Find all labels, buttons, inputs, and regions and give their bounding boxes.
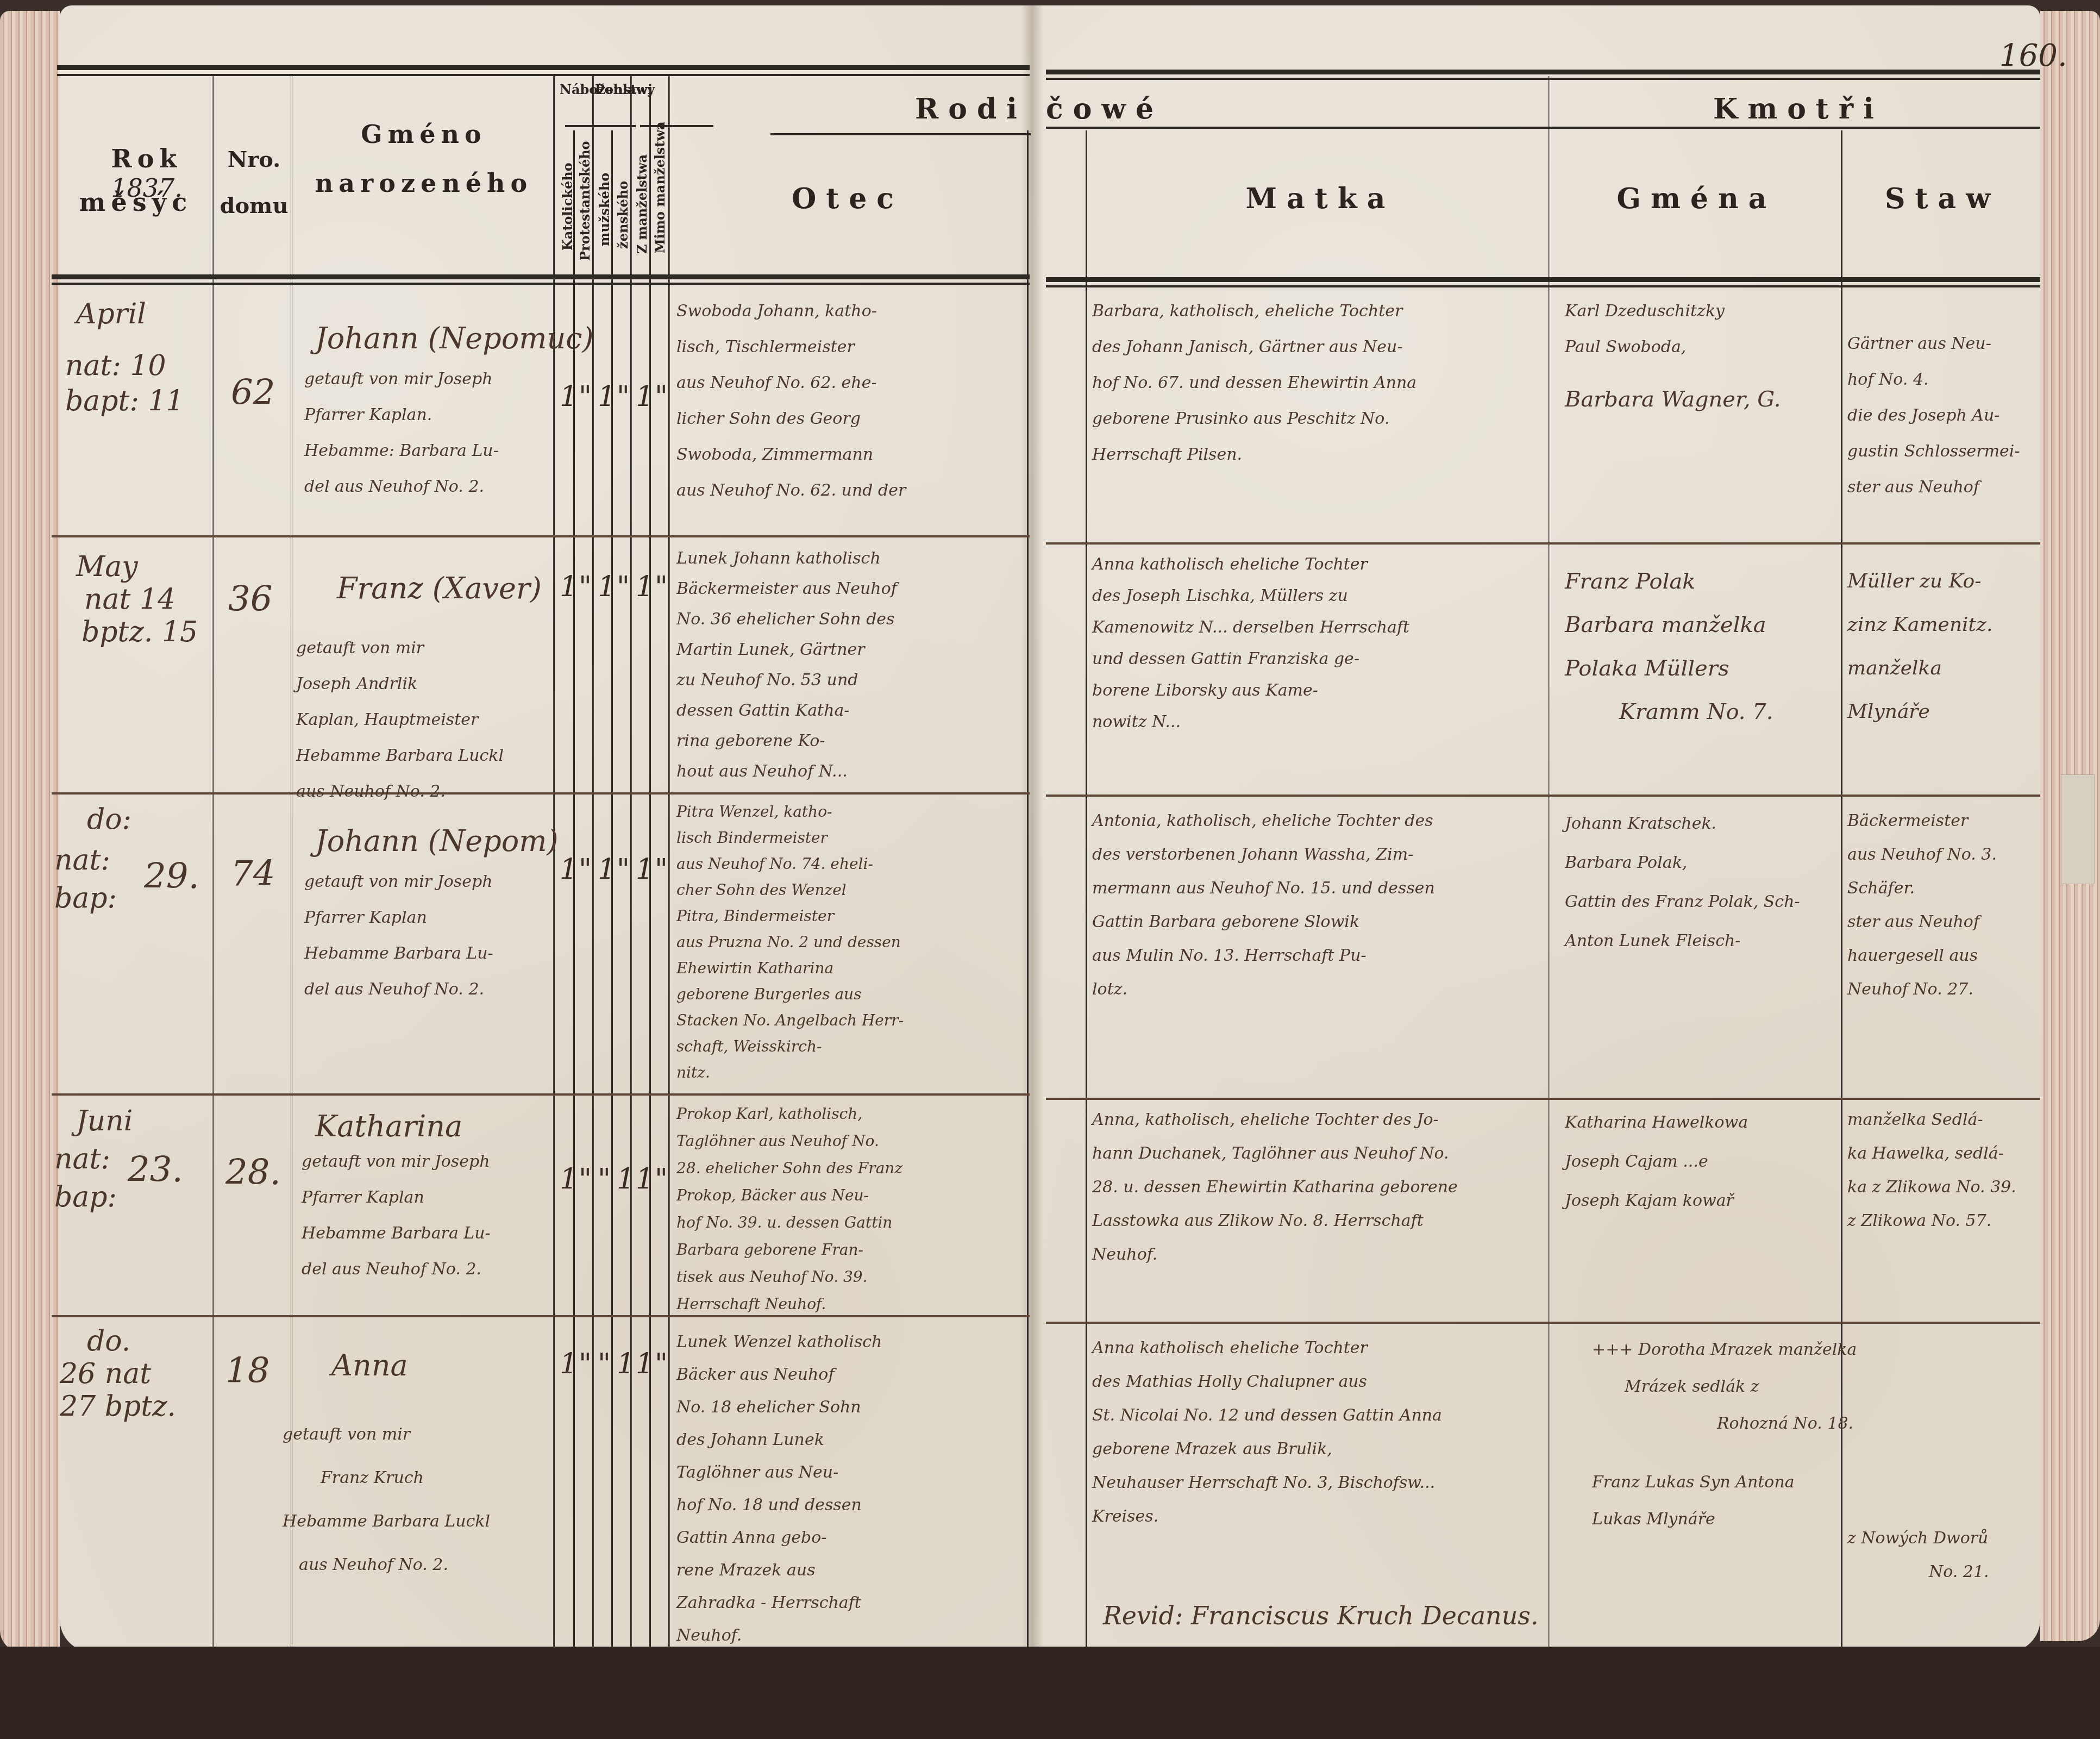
mark-illegitimate: " bbox=[655, 853, 668, 886]
status-line: manželka bbox=[1847, 647, 2038, 690]
godparent-line: +++ Dorotha Mrazek manželka bbox=[1592, 1331, 2038, 1368]
mother-line: Anna katholisch eheliche Tochter bbox=[1092, 549, 1543, 580]
father-line: hof No. 39. u. dessen Gattin bbox=[676, 1209, 1024, 1236]
entry-godparent-status: manželka Sedlá- ka Hawelka, sedlá- ka z … bbox=[1847, 1103, 2038, 1238]
status-line: ka z Zlikowa No. 39. bbox=[1847, 1171, 2038, 1204]
entry-date-line: nat: bbox=[54, 1141, 110, 1177]
mark-catholic: 1 bbox=[560, 571, 578, 603]
note-line: Hebamme: Barbara Lu- bbox=[304, 433, 549, 469]
mark-female: " bbox=[617, 853, 630, 886]
father-line: Bäckermeister aus Neuhof bbox=[676, 574, 1024, 604]
entry-separator bbox=[1046, 1322, 2040, 1324]
col-divider-religion bbox=[592, 76, 597, 1652]
note-line: getauft von mir Joseph bbox=[304, 361, 549, 397]
entry-house-number: 36 bbox=[228, 581, 272, 617]
father-line: lisch Bindermeister bbox=[676, 825, 1024, 851]
header-father: Otec bbox=[674, 182, 1021, 215]
header-godparent-status: Staw bbox=[1845, 182, 2040, 215]
table-surface bbox=[0, 1647, 2100, 1739]
status-line: hof No. 4. bbox=[1847, 362, 2038, 398]
status-line: Bäckermeister bbox=[1847, 804, 2038, 838]
col-divider-month bbox=[212, 76, 217, 1652]
father-line: aus Pruzna No. 2 und dessen bbox=[676, 929, 1024, 955]
mark-catholic: 1 bbox=[560, 1348, 578, 1380]
godparent-line: Franz Polak bbox=[1565, 560, 1836, 603]
mother-line: Kamenowitz N... derselben Herrschaft bbox=[1092, 612, 1543, 643]
entry-date-line: bapt: 11 bbox=[65, 383, 184, 419]
entry-month: do: bbox=[87, 802, 131, 837]
father-line: nitz. bbox=[676, 1060, 1024, 1086]
note-line: Kaplan, Hauptmeister bbox=[296, 702, 551, 738]
status-line: Schäfer. bbox=[1847, 872, 2038, 905]
godparent-line: Johann Kratschek. bbox=[1565, 804, 1836, 843]
entry-month: Juni bbox=[76, 1103, 133, 1139]
note-line: Pfarrer Kaplan. bbox=[304, 397, 549, 433]
father-line: zu Neuhof No. 53 und bbox=[676, 665, 1024, 696]
entry-father: Lunek Johann katholisch Bäckermeister au… bbox=[676, 543, 1024, 787]
header-godparents: Kmotři bbox=[1554, 92, 2043, 126]
mark-illegitimate: " bbox=[655, 571, 668, 603]
mark-illegitimate: " bbox=[655, 1163, 668, 1196]
mark-catholic: 1 bbox=[560, 853, 578, 886]
father-line: des Johann Lunek bbox=[676, 1424, 1024, 1456]
status-line: z Zlikowa No. 57. bbox=[1847, 1204, 2038, 1238]
entry-child-notes: getauft von mir Franz Kruch Hebamme Barb… bbox=[283, 1413, 554, 1587]
col-divider-sex bbox=[630, 76, 635, 1652]
godparent-line: Polaka Müllers bbox=[1565, 647, 1836, 690]
mark-protestant: " bbox=[579, 853, 592, 886]
father-line: 28. ehelicher Sohn des Franz bbox=[676, 1155, 1024, 1182]
entry-mother: Barbara, katholisch, eheliche Tochter de… bbox=[1092, 293, 1543, 473]
header-godparent-names: Gména bbox=[1554, 182, 1839, 215]
entry-child-name: Franz (Xaver) bbox=[337, 571, 542, 606]
header-bottom-rule bbox=[52, 274, 1030, 279]
godparent-line: Paul Swoboda, bbox=[1565, 329, 1836, 365]
header-name-1: Gméno bbox=[296, 120, 551, 149]
mark-illegitimate: " bbox=[655, 1348, 668, 1380]
status-line: ka Hawelka, sedlá- bbox=[1847, 1137, 2038, 1171]
header-house-1: Nro. bbox=[217, 147, 291, 172]
mother-line: nowitz N... bbox=[1092, 706, 1543, 738]
parents-subheader-rule-right bbox=[1046, 127, 2040, 129]
status-line: ster aus Neuhof bbox=[1847, 905, 2038, 939]
father-line: aus Neuhof No. 74. eheli- bbox=[676, 851, 1024, 877]
entry-house-number: 18 bbox=[225, 1353, 269, 1389]
mark-male: " bbox=[598, 1163, 611, 1196]
father-line: Taglöhner aus Neuhof No. bbox=[676, 1128, 1024, 1155]
note-line: getauft von mir bbox=[296, 630, 551, 666]
father-line: rene Mrazek aus bbox=[676, 1554, 1024, 1587]
godparent-line: Gattin des Franz Polak, Sch- bbox=[1565, 883, 1836, 922]
godparent-line: Katharina Hawelkowa bbox=[1565, 1103, 1836, 1142]
status-line: die des Joseph Au- bbox=[1847, 398, 2038, 434]
godparent-line: Barbara Wagner, G. bbox=[1565, 381, 1836, 417]
status-line: No. 21. bbox=[1847, 1555, 2038, 1589]
mark-legitimate: 1 bbox=[636, 1163, 654, 1196]
mark-protestant: " bbox=[579, 380, 592, 413]
header-top-rule-thin-right bbox=[1046, 78, 2040, 80]
entry-father: Prokop Karl, katholisch, Taglöhner aus N… bbox=[676, 1100, 1024, 1318]
mark-female: " bbox=[617, 380, 630, 413]
mark-protestant: " bbox=[579, 1348, 592, 1380]
header-bottom-rule-thin bbox=[52, 283, 1030, 285]
entry-child-notes: getauft von mir Joseph Pfarrer Kaplan He… bbox=[302, 1144, 546, 1287]
note-line: getauft von mir bbox=[283, 1413, 554, 1456]
entry-date-line: nat: bbox=[54, 842, 110, 878]
bookmark-tab bbox=[2061, 774, 2095, 884]
header-house-2: domu bbox=[217, 193, 291, 218]
header-parents-left: Rodi bbox=[897, 92, 1027, 126]
godparent-line: Barbara Polak, bbox=[1565, 843, 1836, 883]
book-gutter bbox=[1021, 5, 1043, 1652]
mother-line: 28. u. dessen Ehewirtin Katharina gebore… bbox=[1092, 1171, 1543, 1204]
mother-line: aus Mulin No. 13. Herrschaft Pu- bbox=[1092, 939, 1543, 973]
col-divider-parents bbox=[668, 76, 673, 1652]
book-page-edges-left bbox=[0, 11, 60, 1652]
col-divider-father-right bbox=[1027, 130, 1029, 1652]
entry-separator bbox=[1046, 1098, 2040, 1100]
col-divider-godparents bbox=[1549, 76, 1553, 1652]
mark-male: 1 bbox=[598, 853, 616, 886]
mother-line: Neuhof. bbox=[1092, 1238, 1543, 1272]
entry-child-notes: getauft von mir Joseph Pfarrer Kaplan. H… bbox=[304, 361, 549, 505]
entry-separator bbox=[52, 1093, 1030, 1096]
note-line: Pfarrer Kaplan bbox=[302, 1180, 546, 1216]
entry-house-number: 62 bbox=[231, 375, 275, 411]
mother-line: Anna katholisch eheliche Tochter bbox=[1092, 1331, 1543, 1365]
mother-line: Lasstowka aus Zlikow No. 8. Herrschaft bbox=[1092, 1204, 1543, 1238]
entry-date-line: nat 14 bbox=[84, 581, 175, 617]
father-line: No. 36 ehelicher Sohn des bbox=[676, 604, 1024, 635]
mother-line: borene Liborsky aus Kame- bbox=[1092, 675, 1543, 706]
header-top-rule-right bbox=[1046, 70, 2040, 74]
note-line: del aus Neuhof No. 2. bbox=[304, 469, 549, 505]
mother-line: hann Duchanek, Taglöhner aus Neuhof No. bbox=[1092, 1137, 1543, 1171]
mark-male: 1 bbox=[598, 571, 616, 603]
header-mother: Matka bbox=[1092, 182, 1549, 215]
entry-mother: Antonia, katholisch, eheliche Tochter de… bbox=[1092, 804, 1543, 1006]
status-line: Gärtner aus Neu- bbox=[1847, 326, 2038, 362]
col-divider-mother-left bbox=[1086, 130, 1087, 1652]
mother-line: Antonia, katholisch, eheliche Tochter de… bbox=[1092, 804, 1543, 838]
mother-line: des Mathias Holly Chalupner aus bbox=[1092, 1365, 1543, 1399]
mark-female: 1 bbox=[617, 1348, 635, 1380]
parents-subheader-rule bbox=[770, 133, 1031, 135]
father-line: rina geborene Ko- bbox=[676, 726, 1024, 756]
entry-mother: Anna katholisch eheliche Tochter des Mat… bbox=[1092, 1331, 1543, 1534]
note-line: Hebamme Barbara Luckl bbox=[283, 1500, 554, 1543]
entry-godparent-status: Bäckermeister aus Neuhof No. 3. Schäfer.… bbox=[1847, 804, 2038, 1006]
godparent-line: Karl Dzeduschitzky bbox=[1565, 293, 1836, 329]
mark-protestant: " bbox=[579, 1163, 592, 1196]
father-line: Gattin Anna gebo- bbox=[676, 1522, 1024, 1554]
entry-separator bbox=[52, 535, 1030, 537]
note-line: getauft von mir Joseph bbox=[304, 864, 549, 900]
header-month: měsýc bbox=[54, 187, 217, 217]
header-name-2: narozeného bbox=[296, 168, 551, 198]
header-religion-group: Náboženstwi bbox=[560, 82, 592, 98]
entry-separator bbox=[1046, 542, 2040, 545]
note-line: Franz Kruch bbox=[283, 1456, 554, 1500]
year-label: Rok bbox=[111, 144, 183, 173]
header-sex-group: Pohlawy bbox=[595, 82, 633, 98]
entry-godparent-names: Karl Dzeduschitzky Paul Swoboda, Barbara… bbox=[1565, 293, 1836, 417]
godparent-line: Joseph Kajam kowař bbox=[1565, 1181, 1836, 1221]
mark-legitimate: 1 bbox=[636, 380, 654, 413]
entry-child-notes: getauft von mir Joseph Pfarrer Kaplan He… bbox=[304, 864, 549, 1008]
entry-date-line: 26 nat bbox=[60, 1356, 151, 1392]
mark-legitimate: 1 bbox=[636, 571, 654, 603]
father-line: Swoboda Johann, katho- bbox=[676, 293, 1024, 329]
godparent-line: Kramm No. 7. bbox=[1565, 690, 1836, 734]
entry-father: Swoboda Johann, katho- lisch, Tischlerme… bbox=[676, 293, 1024, 509]
godparent-line: Franz Lukas Syn Antona bbox=[1592, 1464, 2038, 1501]
mother-line: des verstorbenen Johann Wassha, Zim- bbox=[1092, 838, 1543, 872]
entry-date-line: nat: 10 bbox=[65, 348, 166, 384]
mother-line: Herrschaft Pilsen. bbox=[1092, 437, 1543, 473]
entry-child-name: Katharina bbox=[315, 1109, 462, 1144]
mother-line: des Joseph Lischka, Müllers zu bbox=[1092, 580, 1543, 612]
mark-female: 1 bbox=[617, 1163, 635, 1196]
mother-line: Barbara, katholisch, eheliche Tochter bbox=[1092, 293, 1543, 329]
header-top-rule-thin bbox=[57, 74, 1030, 76]
mark-female: " bbox=[617, 571, 630, 603]
header-protestant: Protestantského bbox=[577, 130, 591, 272]
status-line: Mlynáře bbox=[1847, 690, 2038, 734]
status-line: manželka Sedlá- bbox=[1847, 1103, 2038, 1137]
header-bottom-rule-right bbox=[1046, 277, 2040, 282]
status-line: hauergesell aus bbox=[1847, 939, 2038, 973]
status-line: gustin Schlossermei- bbox=[1847, 434, 2038, 470]
entry-child-name: Johann (Nepomuc) bbox=[315, 321, 594, 356]
entry-house-number: 74 bbox=[231, 856, 275, 892]
father-line: Prokop Karl, katholisch, bbox=[676, 1100, 1024, 1128]
father-line: Pitra, Bindermeister bbox=[676, 903, 1024, 929]
father-line: lisch, Tischlermeister bbox=[676, 329, 1024, 365]
col-divider-male bbox=[611, 130, 613, 1652]
entry-godparent-status: Gärtner aus Neu- hof No. 4. die des Jose… bbox=[1847, 326, 2038, 505]
note-line: aus Neuhof No. 2. bbox=[296, 774, 551, 810]
header-male: mužského bbox=[597, 147, 611, 272]
entry-date-line: bap: bbox=[54, 1179, 117, 1215]
entry-day: 23. bbox=[128, 1152, 183, 1188]
father-line: schaft, Weisskirch- bbox=[676, 1034, 1024, 1060]
mark-catholic: 1 bbox=[560, 380, 578, 413]
note-line: Pfarrer Kaplan bbox=[304, 900, 549, 936]
header-illegitimate: Mimo manželstwa bbox=[652, 103, 666, 272]
note-line: del aus Neuhof No. 2. bbox=[304, 972, 549, 1008]
note-line: Hebamme Barbara Lu- bbox=[302, 1216, 546, 1252]
godparent-line: Rohozná No. 18. bbox=[1592, 1405, 2038, 1442]
father-line: hof No. 18 und dessen bbox=[676, 1489, 1024, 1522]
mother-line: lotz. bbox=[1092, 973, 1543, 1006]
sex-subheader-rule bbox=[640, 125, 713, 127]
father-line: Taglöhner aus Neu- bbox=[676, 1456, 1024, 1489]
entry-godparent-names: Franz Polak Barbara manželka Polaka Müll… bbox=[1565, 560, 1836, 734]
entry-godparent-status: z Nowých Dworů No. 21. bbox=[1847, 1522, 2038, 1589]
father-line: No. 18 ehelicher Sohn bbox=[676, 1391, 1024, 1424]
religion-subheader-rule bbox=[565, 125, 636, 127]
entry-house-number: 28. bbox=[225, 1155, 281, 1191]
header-top-rule bbox=[57, 65, 1030, 70]
father-line: Swoboda, Zimmermann bbox=[676, 437, 1024, 473]
entry-child-notes: getauft von mir Joseph Andrlik Kaplan, H… bbox=[296, 630, 551, 810]
status-line: Neuhof No. 27. bbox=[1847, 973, 2038, 1006]
note-line: Hebamme Barbara Luckl bbox=[296, 738, 551, 774]
entry-separator bbox=[1046, 795, 2040, 797]
header-catholic: Katolického bbox=[560, 141, 574, 272]
father-line: geborene Burgerles aus bbox=[676, 981, 1024, 1008]
father-line: Ehewirtin Katharina bbox=[676, 955, 1024, 981]
father-line: tisek aus Neuhof No. 39. bbox=[676, 1263, 1024, 1291]
entry-date-line: bptz. 15 bbox=[82, 614, 198, 650]
father-line: licher Sohn des Georg bbox=[676, 401, 1024, 437]
father-line: dessen Gattin Katha- bbox=[676, 696, 1024, 726]
mark-legitimate: 1 bbox=[636, 853, 654, 886]
entry-month: May bbox=[76, 549, 138, 585]
father-line: Bäcker aus Neuhof bbox=[676, 1359, 1024, 1391]
entry-godparent-status: Müller zu Ko- zinz Kamenitz. manželka Ml… bbox=[1847, 560, 2038, 734]
father-line: Lunek Wenzel katholisch bbox=[676, 1326, 1024, 1359]
entry-child-name: Johann (Nepom) bbox=[315, 823, 558, 859]
note-line: Joseph Andrlik bbox=[296, 666, 551, 702]
mother-line: und dessen Gattin Franziska ge- bbox=[1092, 643, 1543, 675]
father-line: Pitra Wenzel, katho- bbox=[676, 799, 1024, 825]
revision-signature: Revid: Franciscus Kruch Decanus. bbox=[1103, 1598, 1539, 1634]
father-line: Prokop, Bäcker aus Neu- bbox=[676, 1182, 1024, 1209]
entry-month: do. bbox=[87, 1323, 130, 1359]
father-line: Barbara geborene Fran- bbox=[676, 1236, 1024, 1263]
mother-line: Neuhauser Herrschaft No. 3, Bischofsw... bbox=[1092, 1466, 1543, 1500]
page-number: 160. bbox=[1999, 38, 2067, 73]
mark-catholic: 1 bbox=[560, 1163, 578, 1196]
father-line: Herrschaft Neuhof. bbox=[676, 1291, 1024, 1318]
mother-line: St. Nicolai No. 12 und dessen Gattin Ann… bbox=[1092, 1399, 1543, 1433]
godparent-line: Anton Lunek Fleisch- bbox=[1565, 922, 1836, 961]
entry-godparent-names: Johann Kratschek. Barbara Polak, Gattin … bbox=[1565, 804, 1836, 961]
mother-line: geborene Mrazek aus Brulik, bbox=[1092, 1433, 1543, 1466]
mother-line: geborene Prusinko aus Peschitz No. bbox=[1092, 401, 1543, 437]
father-line: aus Neuhof No. 62. und der bbox=[676, 473, 1024, 509]
mother-line: hof No. 67. und dessen Ehewirtin Anna bbox=[1092, 365, 1543, 401]
godparent-line: Mrázek sedlák z bbox=[1592, 1368, 2038, 1405]
father-line: Zahradka - Herrschaft bbox=[676, 1587, 1024, 1619]
entry-child-name: Anna bbox=[331, 1348, 408, 1384]
mother-line: Gattin Barbara geborene Slowik bbox=[1092, 905, 1543, 939]
mother-line: Kreises. bbox=[1092, 1500, 1543, 1534]
status-line: z Nowých Dworů bbox=[1847, 1522, 2038, 1555]
mark-male: 1 bbox=[598, 380, 616, 413]
entry-month: April bbox=[76, 296, 146, 332]
mark-legitimate: 1 bbox=[636, 1348, 654, 1380]
status-line: Müller zu Ko- bbox=[1847, 560, 2038, 603]
status-line: ster aus Neuhof bbox=[1847, 470, 2038, 505]
father-line: Stacken No. Angelbach Herr- bbox=[676, 1008, 1024, 1034]
father-line: Lunek Johann katholisch bbox=[676, 543, 1024, 574]
godparent-line: Barbara manželka bbox=[1565, 603, 1836, 647]
mother-line: des Johann Janisch, Gärtner aus Neu- bbox=[1092, 329, 1543, 365]
col-divider-catholic bbox=[573, 130, 575, 1652]
entry-father: Pitra Wenzel, katho- lisch Bindermeister… bbox=[676, 799, 1024, 1086]
father-line: aus Neuhof No. 62. ehe- bbox=[676, 365, 1024, 401]
header-legitimate: Z manželstwa bbox=[634, 136, 648, 272]
godparent-line: Joseph Cajam ...e bbox=[1565, 1142, 1836, 1181]
status-line: aus Neuhof No. 3. bbox=[1847, 838, 2038, 872]
note-line: aus Neuhof No. 2. bbox=[283, 1543, 554, 1587]
mark-illegitimate: " bbox=[655, 380, 668, 413]
header-female: ženského bbox=[615, 158, 629, 272]
entry-mother: Anna, katholisch, eheliche Tochter des J… bbox=[1092, 1103, 1543, 1272]
entry-date-line: bap: bbox=[54, 880, 117, 916]
father-line: cher Sohn des Wenzel bbox=[676, 877, 1024, 903]
mark-male: " bbox=[598, 1348, 611, 1380]
mother-line: Anna, katholisch, eheliche Tochter des J… bbox=[1092, 1103, 1543, 1137]
status-line: zinz Kamenitz. bbox=[1847, 603, 2038, 647]
entry-father: Lunek Wenzel katholisch Bäcker aus Neuho… bbox=[676, 1326, 1024, 1652]
entry-mother: Anna katholisch eheliche Tochter des Jos… bbox=[1092, 549, 1543, 738]
entry-day: 29. bbox=[144, 859, 199, 894]
father-line: hout aus Neuhof N... bbox=[676, 756, 1024, 787]
father-line: Martin Lunek, Gärtner bbox=[676, 635, 1024, 665]
note-line: del aus Neuhof No. 2. bbox=[302, 1252, 546, 1287]
header-parents-right: čowé bbox=[1046, 92, 1176, 126]
entry-date-line: 27 bptz. bbox=[60, 1388, 176, 1424]
note-line: Hebamme Barbara Lu- bbox=[304, 936, 549, 972]
entry-godparent-names: Katharina Hawelkowa Joseph Cajam ...e Jo… bbox=[1565, 1103, 1836, 1221]
header-bottom-rule-thin-right bbox=[1046, 285, 2040, 287]
note-line: getauft von mir Joseph bbox=[302, 1144, 546, 1180]
mother-line: mermann aus Neuhof No. 15. und dessen bbox=[1092, 872, 1543, 905]
entry-godparent-names: +++ Dorotha Mrazek manželka Mrázek sedlá… bbox=[1592, 1331, 2038, 1538]
mark-protestant: " bbox=[579, 571, 592, 603]
